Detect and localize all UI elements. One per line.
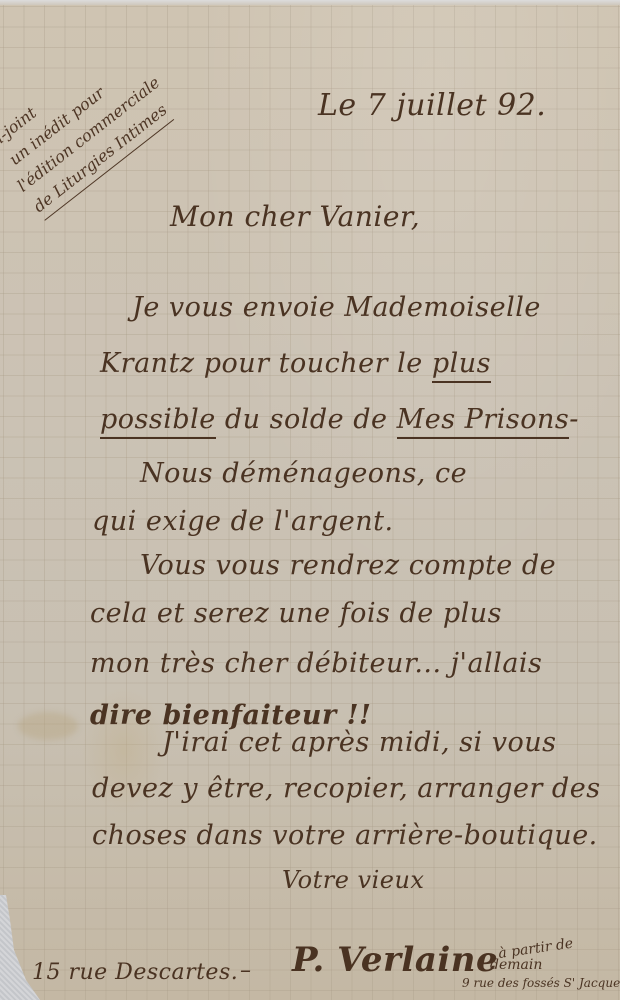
body-line: Vous vous rendrez compte de (140, 550, 556, 581)
margin-note: Ci-joint un inédit pour l'édition commer… (0, 0, 292, 295)
body-line: choses dans votre arrière-boutique. (92, 820, 598, 851)
letter-date: Le 7 juillet 92. (318, 88, 546, 123)
underlined-text: possible (100, 404, 216, 439)
new-address-line: 9 rue des fossés S' Jacques (462, 974, 620, 992)
body-line: Krantz pour toucher le plus (100, 348, 491, 379)
body-text: Vous vous rendrez compte de (140, 550, 556, 581)
mount-top-edge (0, 0, 620, 5)
body-text: qui exige de l'argent. (92, 506, 394, 537)
closing: Votre vieux (282, 866, 424, 894)
new-address-note: à partir de demain 9 rue des fossés S' J… (470, 938, 620, 992)
letter-page: Ci-joint un inédit pour l'édition commer… (0, 0, 620, 1000)
body-line: possible du solde de Mes Prisons- (100, 404, 579, 435)
body-text: Nous déménageons, ce (140, 458, 467, 489)
body-text: - (569, 404, 579, 435)
body-text: du solde de (216, 404, 397, 435)
body-line: cela et serez une fois de plus (90, 598, 502, 629)
body-text: cela et serez une fois de plus (90, 598, 502, 629)
body-line: Je vous envoie Mademoiselle (132, 292, 541, 323)
paper-stain (18, 712, 78, 740)
body-text: Krantz pour toucher le (100, 348, 432, 379)
body-line: qui exige de l'argent. (92, 506, 394, 537)
body-text: devez y être, recopier, arranger des (92, 773, 601, 804)
body-line: devez y être, recopier, arranger des (92, 773, 601, 804)
body-text: J'irai cet après midi, si vous (162, 727, 557, 758)
salutation: Mon cher Vanier, (170, 200, 420, 233)
underlined-text: plus (432, 348, 491, 383)
body-text: choses dans votre arrière-boutique. (92, 820, 598, 851)
body-line: mon très cher débiteur... j'allais (90, 648, 542, 679)
body-line: J'irai cet après midi, si vous (162, 727, 557, 758)
body-text: Je vous envoie Mademoiselle (132, 292, 541, 323)
sender-address: 15 rue Descartes. (32, 960, 238, 985)
dash: – (240, 958, 252, 983)
body-line: Nous déménageons, ce (140, 458, 467, 489)
book-title-underlined: Mes Prisons (397, 404, 570, 439)
body-text: mon très cher débiteur... j'allais (90, 648, 542, 679)
